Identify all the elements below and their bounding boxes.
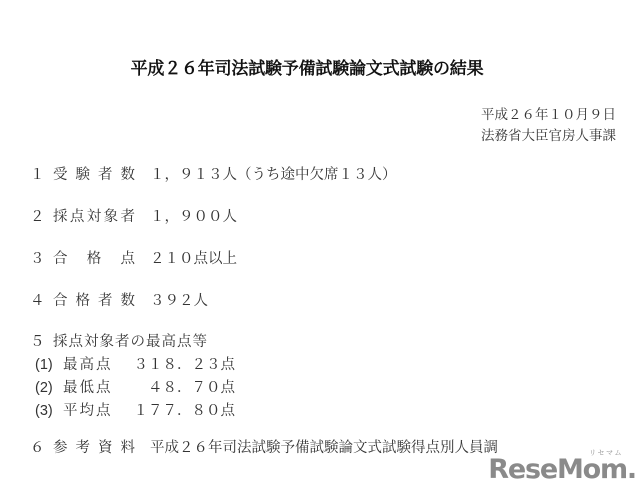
item-label: 採点対象者 [53,207,135,227]
organization-line: 法務省大臣官房人事課 [481,125,616,146]
item-passing-score: ３ 合格点 ２１０点以上 [0,249,237,269]
sub-item-number: (3) [35,401,63,421]
resemom-logo: リセマム ReseMom. [514,449,636,491]
score-detail-average: (3) 平均点 １７７．８０点 [0,401,235,421]
item-reference-material: ６ 参考資料 平成２６年司法試験予備試験論文式試験得点別人員調 [0,438,498,458]
item-number: ４ [30,291,53,311]
sub-item-value: ４８．７０点 [133,378,235,398]
item-label: 採点対象者の最高点等 [53,332,208,352]
sub-item-number: (2) [35,378,63,398]
item-value: ２１０点以上 [150,249,237,269]
item-passer-count: ４ 合格者数 ３９２人 [0,291,208,311]
sub-item-label: 平均点 [63,401,133,421]
item-label: 合格点 [53,249,135,269]
item-label: 合格者数 [53,291,135,311]
sub-item-value: １７７．８０点 [133,401,235,421]
item-number: ６ [30,438,53,458]
score-detail-highest: (1) 最高点 ３１８．２３点 [0,355,235,375]
header-block: 平成２６年１０月９日 法務省大臣官房人事課 [481,104,616,146]
item-number: １ [30,165,53,185]
item-number: ２ [30,207,53,227]
item-value: １，９１３人（うち途中欠席１３人） [150,165,397,185]
document-page: 平成２６年司法試験予備試験論文式試験の結果 平成２６年１０月９日 法務省大臣官房… [0,0,640,493]
item-graded-count: ２ 採点対象者 １，９００人 [0,207,237,227]
date-line: 平成２６年１０月９日 [481,104,616,125]
item-score-summary-heading: ５ 採点対象者の最高点等 [0,332,208,352]
score-detail-lowest: (2) 最低点 ４８．７０点 [0,378,235,398]
resemom-logo-wordmark: ReseMom. [488,456,636,484]
sub-item-value: ３１８．２３点 [133,355,235,375]
item-label: 受験者数 [53,165,135,185]
item-examinee-count: １ 受験者数 １，９１３人（うち途中欠席１３人） [0,165,397,185]
item-number: ５ [30,332,53,352]
page-title: 平成２６年司法試験予備試験論文式試験の結果 [0,57,614,81]
item-value: 平成２６年司法試験予備試験論文式試験得点別人員調 [150,438,498,458]
sub-item-label: 最低点 [63,378,133,398]
item-number: ３ [30,249,53,269]
item-value: １，９００人 [150,207,237,227]
sub-item-number: (1) [35,355,63,375]
item-value: ３９２人 [150,291,208,311]
item-label: 参考資料 [53,438,135,458]
sub-item-label: 最高点 [63,355,133,375]
